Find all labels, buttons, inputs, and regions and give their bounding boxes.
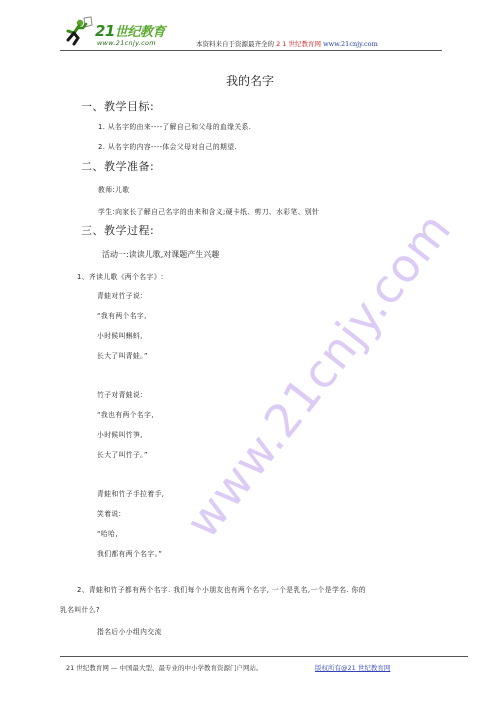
poem-line: “哈哈, xyxy=(97,528,118,538)
step-2-text-continued: 乳名叫什么? xyxy=(60,604,100,614)
header-source-note: 本资料来自于资源最齐全的 2 1 世纪教育网 www.21cnjy.com xyxy=(196,39,378,48)
footer-tagline: 21 世纪教育网 — 中国最大型、最专业的中小学教育资源门户网站。 xyxy=(66,663,262,672)
document-title: 我的名字 xyxy=(0,72,500,89)
poem-line: 长大了叫竹子。” xyxy=(97,449,148,459)
objective-item-2: 2. 从名字的内容----体会父母对自己的期望. xyxy=(98,141,237,151)
step-2-note: 指名后小小组内交流 xyxy=(97,626,162,636)
header-site-name[interactable]: 2 1 世纪教育网 xyxy=(276,40,321,48)
logo-url: www.21cnjy.com xyxy=(97,39,156,47)
poem-line: “我有两个名字, xyxy=(97,310,147,320)
activity-one-title: 活动一:读读儿歌,对课题产生兴趣 xyxy=(102,249,219,260)
poem-line: “我也有两个名字, xyxy=(97,409,154,419)
logo-brand-text: 21世纪教育 xyxy=(95,21,165,40)
poem-line: 我们都有两个名字。” xyxy=(97,548,162,558)
site-logo[interactable]: 21世纪教育 www.21cnjy.com xyxy=(64,14,176,48)
header-note-prefix: 本资料来自于资源最齐全的 xyxy=(196,40,274,48)
step-1-text: 1、齐读儿歌《两个名字》: xyxy=(77,271,164,281)
poem-line: 青蛙对竹子说: xyxy=(97,290,143,300)
poem-line: 小时候叫蝌蚪, xyxy=(97,330,143,340)
poem-line: 青蛙和竹子手拉着手, xyxy=(97,488,164,498)
section-heading-process: 三、教学过程: xyxy=(81,222,154,238)
footer-copyright-link[interactable]: 版权所有@21 世纪教育网 xyxy=(315,663,390,672)
poem-line: 长大了叫青蛙。” xyxy=(97,350,148,360)
runner-logo-icon xyxy=(64,16,94,46)
poem-line: 竹子对青蛙说: xyxy=(97,389,143,399)
section-heading-objectives: 一、教学目标: xyxy=(81,98,154,114)
preparation-student: 学生:向家长了解自己名字的由来和含义;硬卡纸、剪刀、水彩笔、别针 xyxy=(98,206,319,216)
poem-line: 笑着说: xyxy=(97,508,121,518)
step-2-text: 2、青蛙和竹子都有两个名字. 我们每个小朋友也有两个名字, 一个是乳名,一个是学… xyxy=(77,584,366,594)
preparation-teacher: 教师:儿歌 xyxy=(98,184,129,194)
footer-divider xyxy=(60,656,468,657)
poem-line: 小时候叫竹笋, xyxy=(97,429,143,439)
header-site-url[interactable]: www.21cnjy.com xyxy=(323,40,378,48)
logo-title: 世纪教育 xyxy=(115,25,165,40)
header-divider xyxy=(60,50,442,51)
objective-item-1: 1. 从名字的由来----了解自己和父母的血缘关系. xyxy=(98,121,251,131)
logo-number: 21 xyxy=(95,22,115,40)
section-heading-preparation: 二、教学准备: xyxy=(81,158,154,174)
